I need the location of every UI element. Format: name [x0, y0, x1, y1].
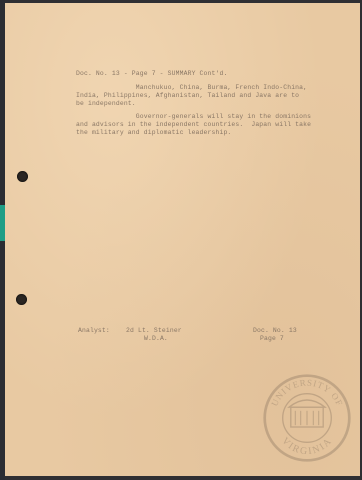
- svg-text:VIRGINIA: VIRGINIA: [279, 435, 334, 457]
- paragraph-1-line-3: be independent.: [76, 100, 136, 108]
- page-number: Page 7: [260, 335, 284, 343]
- doc-number: Doc. No. 13: [253, 327, 297, 335]
- paragraph-1-line-1: Manchukuo, China, Burma, French Indo-Chi…: [76, 84, 307, 92]
- punch-hole-top: [17, 171, 28, 182]
- document-page: Doc. No. 13 - Page 7 - SUMMARY Cont'd. M…: [5, 3, 360, 476]
- seal-bottom-text: VIRGINIA: [279, 435, 334, 457]
- analyst-name: 2d Lt. Steiner: [126, 327, 182, 335]
- paragraph-2-line-2: and advisors in the independent countrie…: [76, 121, 311, 129]
- paragraph-1-line-2: India, Philippines, Afghanistan, Tailand…: [76, 92, 299, 100]
- document-header: Doc. No. 13 - Page 7 - SUMMARY Cont'd.: [76, 70, 227, 78]
- punch-hole-bottom: [16, 294, 27, 305]
- paragraph-2-line-3: the military and diplomatic leadership.: [76, 129, 231, 137]
- paragraph-2-line-1: Governor-generals will stay in the domin…: [76, 113, 311, 121]
- svg-text:UNIVERSITY OF: UNIVERSITY OF: [269, 377, 345, 407]
- analyst-label: Analyst:: [78, 327, 110, 335]
- analyst-org: W.D.A.: [144, 335, 168, 343]
- seal-top-text: UNIVERSITY OF: [269, 377, 345, 407]
- university-seal-watermark: UNIVERSITY OF VIRGINIA: [262, 373, 352, 463]
